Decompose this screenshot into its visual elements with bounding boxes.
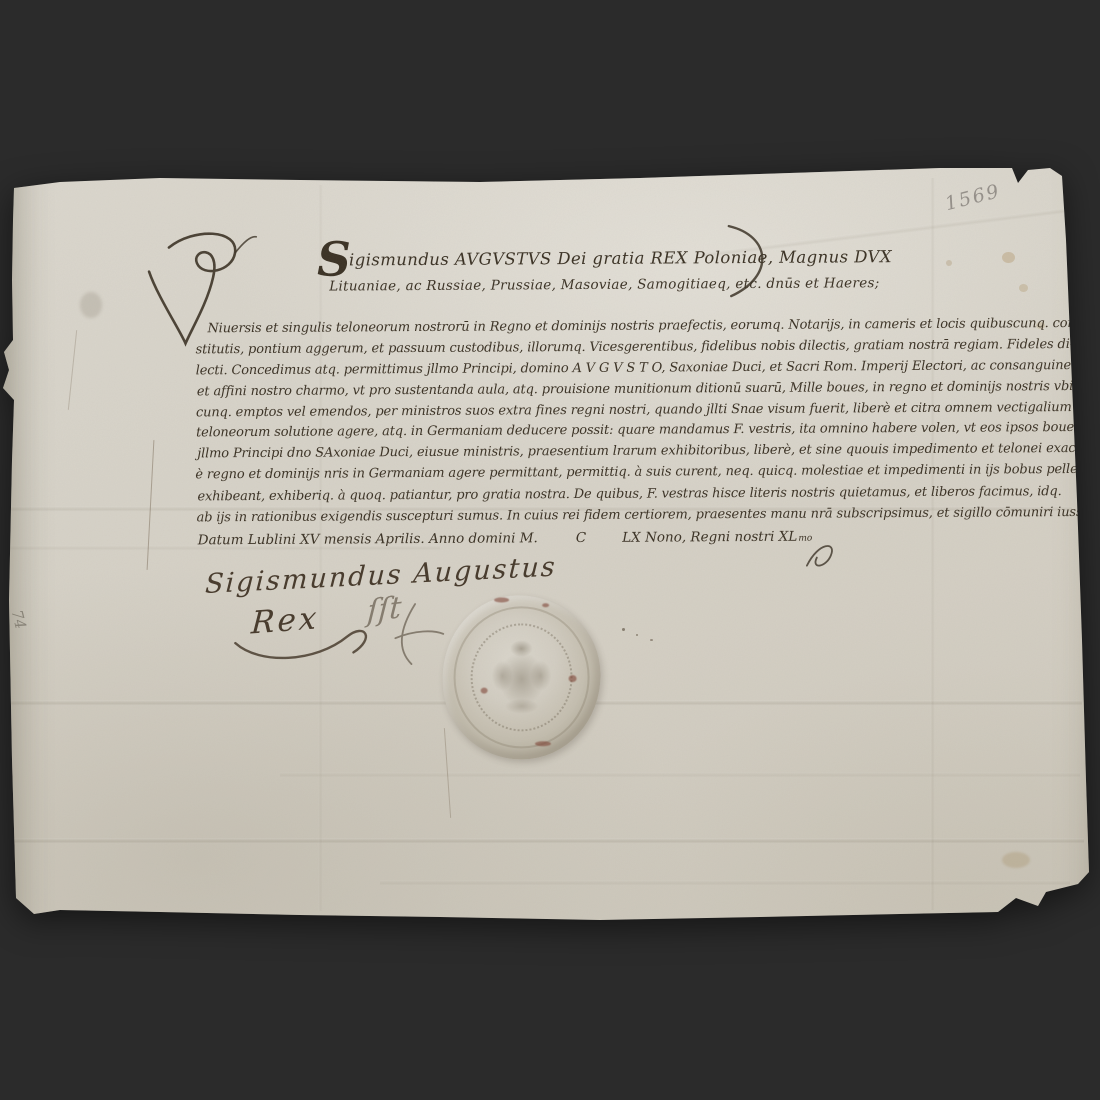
wax-seal	[442, 595, 601, 760]
body-line: jllmo Principi dno SAxoniae Duci, eiusue…	[197, 441, 1100, 462]
seal-wax-speck	[494, 597, 509, 602]
parchment-surface: S igismundus AVGVSTVS Dei gratia REX Pol…	[0, 0, 1100, 1100]
seal-wax-speck	[481, 688, 488, 694]
heading-line2: Lituaniae, ac Russiae, Prussiae, Masovia…	[329, 275, 879, 294]
heading-initial: S	[317, 236, 351, 283]
body-line: cunq. emptos vel emendos, per ministros …	[196, 400, 1097, 421]
body-line: lecti. Concedimus atq. permittimus jllmo…	[196, 358, 1079, 378]
signature-swash	[229, 620, 399, 667]
body-line: Niuersis et singulis teloneorum nostrorū…	[207, 316, 1079, 336]
body-line: teloneorum solutione agere, atq. in Germ…	[196, 420, 1100, 441]
seal-wax-speck	[569, 675, 577, 682]
pencil-year-annotation: 1569	[943, 180, 1003, 215]
dateline-part1: Datum Lublini XV mensis Aprilis. Anno do…	[198, 530, 538, 548]
manuscript-content: S igismundus AVGVSTVS Dei gratia REX Pol…	[0, 0, 1100, 1100]
seal-coat-of-arms	[484, 637, 558, 717]
body-line: exhibeant, exhiberiq. à quoq. patiantur,…	[197, 484, 1061, 504]
body-line: stitutis, pontium aggerum, et passuum cu…	[196, 337, 1074, 357]
parchment-sheet: S igismundus AVGVSTVS Dei gratia REX Pol…	[0, 0, 1100, 1100]
photo-background: S igismundus AVGVSTVS Dei gratia REX Pol…	[0, 0, 1100, 1100]
dateline: Datum Lublini XV mensis Aprilis. Anno do…	[198, 529, 813, 549]
body-line: è regno et dominijs nris in Germaniam ag…	[195, 462, 1100, 483]
dateline-part3: LX Nono, Regni nostri XL	[622, 529, 797, 546]
subscripsit-flourish	[381, 600, 451, 670]
dateline-part2: C	[576, 530, 586, 546]
seal-wax-speck	[542, 603, 549, 607]
pencil-number-annotation: 74	[8, 608, 30, 631]
body-line: ab ijs in rationibus exigendis susceptur…	[197, 505, 1100, 526]
seal-wax-speck	[535, 741, 551, 746]
dateline-flourish	[801, 537, 847, 575]
body-line: et affini nostro charmo, vt pro sustenta…	[197, 379, 1078, 399]
heading-line1: igismundus AVGVSTVS Dei gratia REX Polon…	[349, 247, 892, 269]
